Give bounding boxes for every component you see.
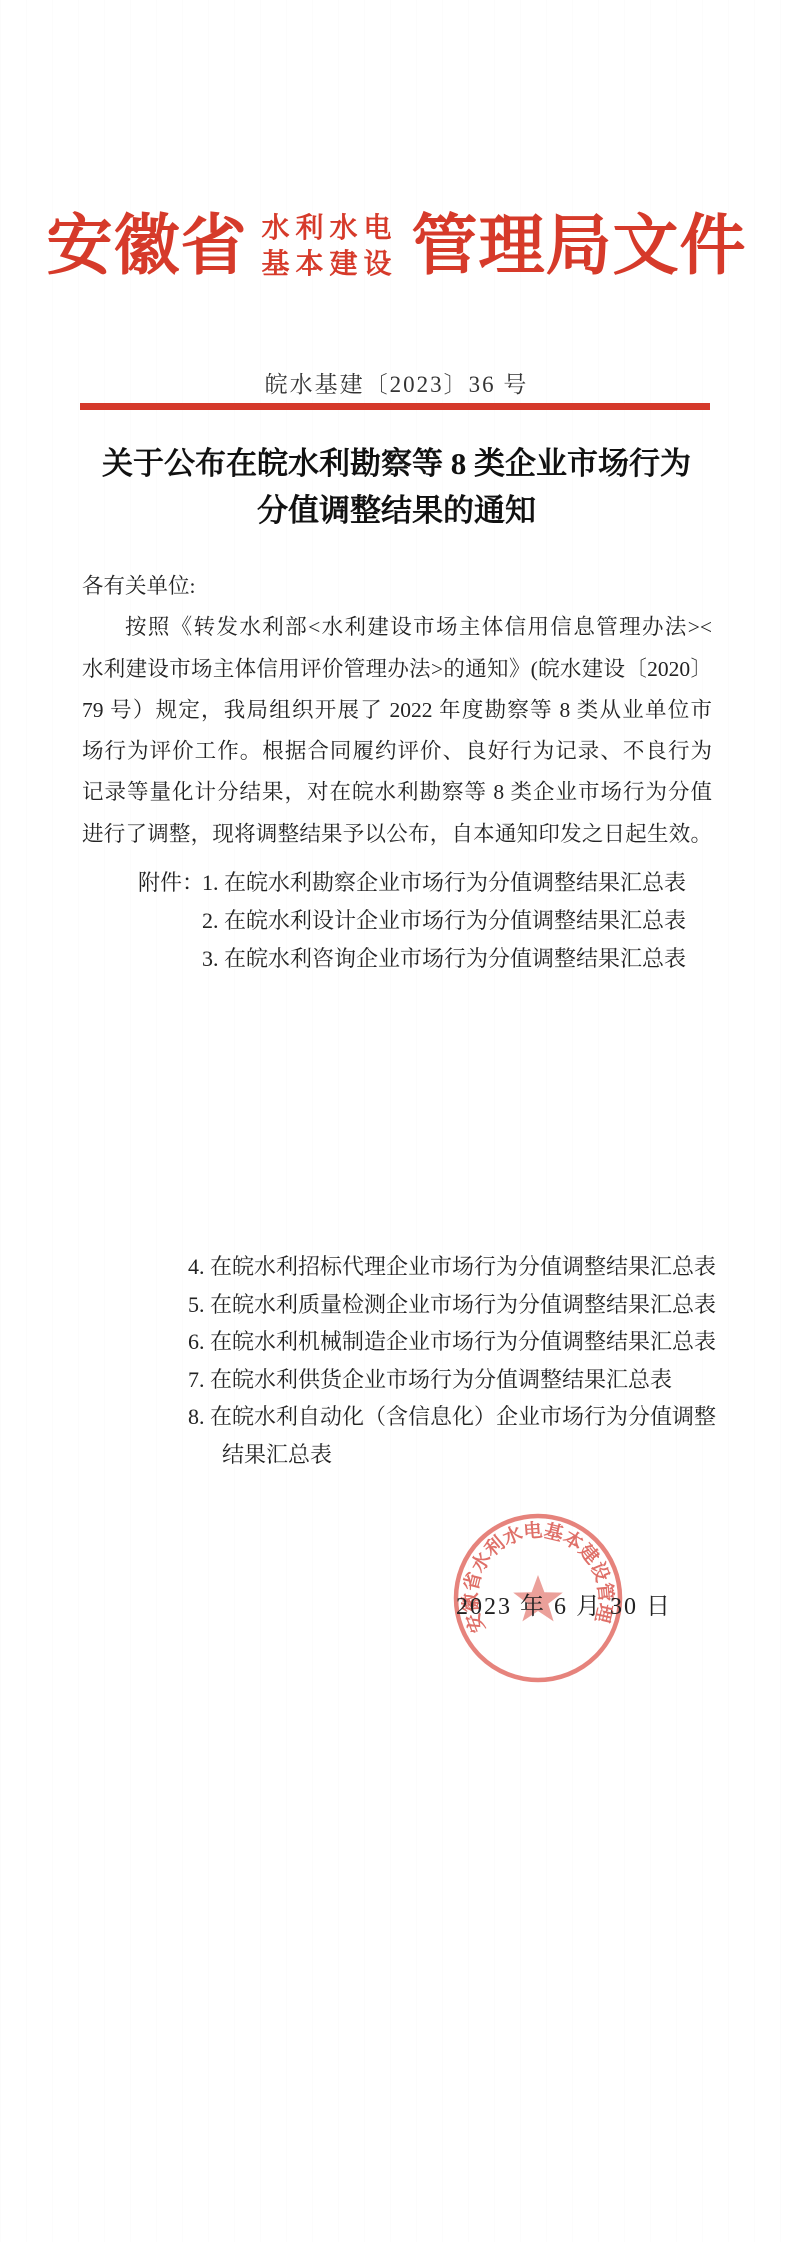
letterhead-middle-top: 水利水电 [261,215,397,243]
body-line: 进行了调整，现将调整结果予以公布，自本通知印发之日起生效。 [82,814,712,855]
body-line: 79 号）规定，我局组织开展了 2022 年度勘察等 8 类从业单位市 [82,690,712,731]
attachment-row: 8. 在皖水利自动化（含信息化）企业市场行为分值调整 [188,1398,716,1436]
salutation: 各有关单位: [82,566,712,607]
document-title-line1: 关于公布在皖水利勘察等 8 类企业市场行为 [0,440,793,487]
document-title: 关于公布在皖水利勘察等 8 类企业市场行为 分值调整结果的通知 [0,440,793,534]
attachment-row: 2. 在皖水利设计企业市场行为分值调整结果汇总表 [138,902,686,940]
document-number: 皖水基建〔2023〕36 号 [0,366,793,399]
red-divider-line [80,403,710,410]
body-line: 记录等量化计分结果，对在皖水利勘察等 8 类企业市场行为分值 [82,772,712,813]
issue-date: 2023 年 6 月 30 日 [456,1586,672,1621]
attachment-row-continuation: 结果汇总表 [188,1436,716,1474]
attachment-row: 5. 在皖水利质量检测企业市场行为分值调整结果汇总表 [188,1286,716,1324]
attachment-row: 3. 在皖水利咨询企业市场行为分值调整结果汇总表 [138,940,686,978]
attachment-item: 1. 在皖水利勘察企业市场行为分值调整结果汇总表 [202,870,686,895]
attachment-row: 6. 在皖水利机械制造企业市场行为分值调整结果汇总表 [188,1323,716,1361]
body-text: 各有关单位: 按照《转发水利部<水利建设市场主体信用信息管理办法>< 水利建设市… [82,566,712,855]
letterhead-middle-bottom: 基本建设 [261,251,397,279]
letterhead-suffix: 管理局文件 [412,214,747,280]
body-line: 场行为评价工作。根据合同履约评价、良好行为记录、不良行为 [82,731,712,772]
attachment-row: 4. 在皖水利招标代理企业市场行为分值调整结果汇总表 [188,1248,716,1286]
attachment-row: 7. 在皖水利供货企业市场行为分值调整结果汇总表 [188,1361,716,1399]
attachment-list-part1: 附件：1. 在皖水利勘察企业市场行为分值调整结果汇总表 2. 在皖水利设计企业市… [138,864,686,978]
attachment-row: 附件：1. 在皖水利勘察企业市场行为分值调整结果汇总表 [138,864,686,902]
attachment-label: 附件： [138,864,202,902]
document-title-line2: 分值调整结果的通知 [0,487,793,534]
attachment-list-part2: 4. 在皖水利招标代理企业市场行为分值调整结果汇总表 5. 在皖水利质量检测企业… [188,1248,716,1473]
letterhead-middle-stack: 水利水电 基本建设 [261,215,397,279]
body-line: 按照《转发水利部<水利建设市场主体信用信息管理办法>< [82,607,712,648]
letterhead-region: 安徽省 [46,214,247,280]
official-document-page: 安徽省 水利水电 基本建设 管理局文件 皖水基建〔2023〕36 号 关于公布在… [0,0,793,2242]
letterhead: 安徽省 水利水电 基本建设 管理局文件 [0,214,793,280]
body-line: 水利建设市场主体信用评价管理办法>的通知》(皖水建设〔2020〕 [82,649,712,690]
